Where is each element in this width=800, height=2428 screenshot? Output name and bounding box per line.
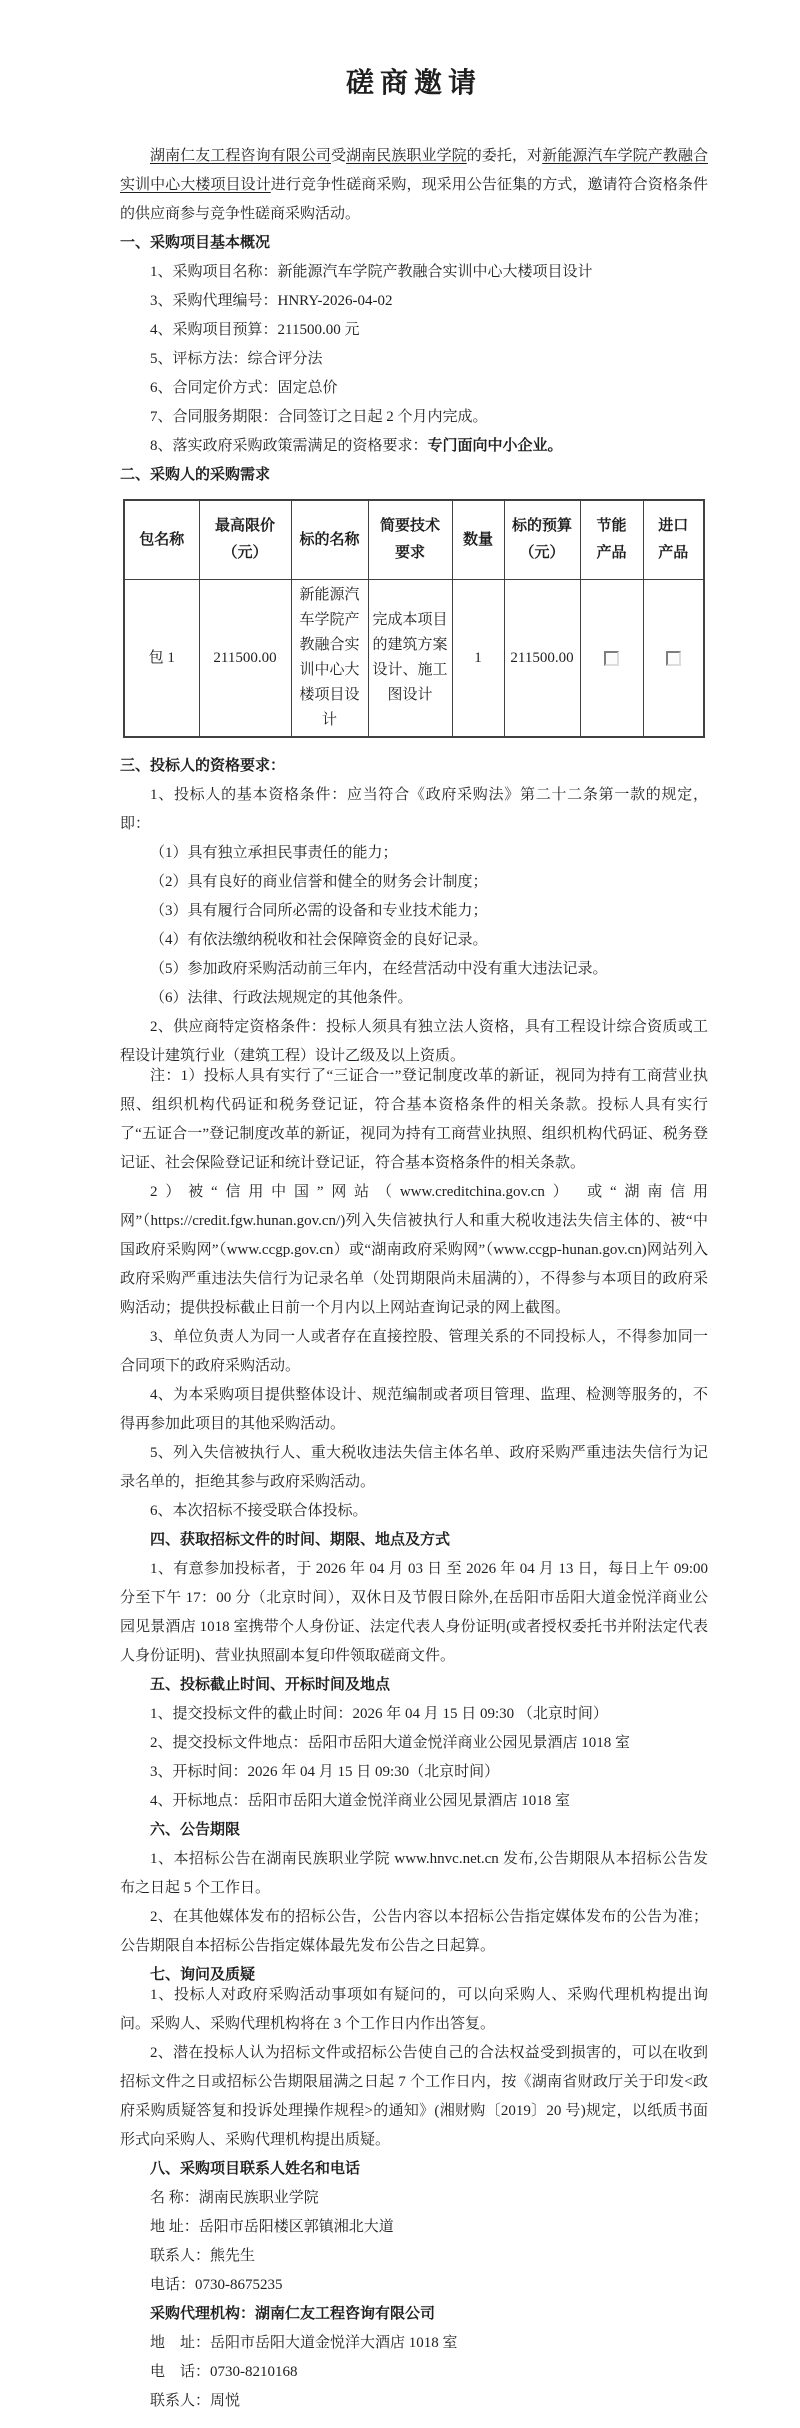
cell-tech-req: 完成本项目的建筑方案设计、施工图设计: [368, 580, 452, 738]
project-name-line: 1、采购项目名称：新能源汽车学院产教融合实训中心大楼项目设计: [120, 258, 708, 287]
column-header-max-price: 最高限价（元）: [199, 500, 291, 580]
announcement-publish-line: 1、本招标公告在湖南民族职业学院 www.hnvc.net.cn 发布,公告期限…: [120, 1845, 708, 1903]
energy-saving-checkbox[interactable]: [604, 651, 619, 666]
agency-label-line: 采购代理机构：湖南仁友工程咨询有限公司: [120, 2300, 708, 2329]
no-consortium-line: 6、本次招标不接受联合体投标。: [120, 1497, 708, 1526]
policy-requirement-line: 8、落实政府采购政策需满足的资格要求：专门面向中小企业。: [120, 432, 708, 461]
intro-paragraph: 湖南仁友工程咨询有限公司受湖南民族职业学院的委托，对新能源汽车学院产教融合实训中…: [120, 142, 708, 229]
agency-address-line: 地 址：岳阳市岳阳大道金悦洋大酒店 1018 室: [120, 2329, 708, 2358]
cell-package: 包 1: [124, 580, 199, 738]
budget-line: 4、采购项目预算：211500.00 元: [120, 316, 708, 345]
intro-text: 的委托，对: [467, 148, 542, 164]
section-3-heading: 三、投标人的资格要求：: [120, 752, 708, 781]
sub-item-1: （1）具有独立承担民事责任的能力；: [120, 839, 708, 868]
announcement-media-line: 2、在其他媒体发布的招标公告，公告内容以本招标公告指定媒体发布的公告为准；公告期…: [120, 1903, 708, 1961]
policy-requirement-prefix: 8、落实政府采购政策需满足的资格要求：: [150, 438, 428, 454]
dishonesty-list-rule-line: 5、列入失信被执行人、重大税收违法失信主体名单、政府采购严重违法失信行为记录名单…: [120, 1439, 708, 1497]
sub-item-6: （6）法律、行政法规规定的其他条件。: [120, 984, 708, 1013]
challenge-line: 2、潜在投标人认为招标文件或招标公告使自己的合法权益受到损害的，可以在收到招标文…: [120, 2039, 708, 2155]
column-header-qty: 数量: [452, 500, 504, 580]
sme-only-bold: 专门面向中小企业。: [428, 438, 563, 454]
sub-item-4: （4）有依法缴纳税收和社会保障资金的良好记录。: [120, 926, 708, 955]
table-row: 包 1 211500.00 新能源汽车学院产教融合实训中心大楼项目设计 完成本项…: [124, 580, 704, 738]
document-title: 磋商邀请: [120, 64, 708, 104]
note-1-paragraph: 注：1）投标人具有实行了“三证合一”登记制度改革的新证，视同为持有工商营业执照、…: [120, 1062, 708, 1178]
section-8-heading: 八、采购项目联系人姓名和电话: [120, 2155, 708, 2184]
column-header-budget: 标的预算（元）: [504, 500, 580, 580]
agency-code-line: 3、采购代理编号：HNRY-2026-04-02: [120, 287, 708, 316]
design-service-rule-line: 4、为本采购项目提供整体设计、规范编制或者项目管理、监理、检测等服务的，不得再参…: [120, 1381, 708, 1439]
bid-open-time-line: 3、开标时间：2026 年 04 月 15 日 09:30（北京时间）: [120, 1758, 708, 1787]
bid-submit-place-line: 2、提交投标文件地点：岳阳市岳阳大道金悦洋商业公园见景酒店 1018 室: [120, 1729, 708, 1758]
column-header-energy-saving: 节能产品: [580, 500, 643, 580]
agency-phone-line: 电 话：0730-8210168: [120, 2358, 708, 2387]
purchaser-name-underlined: 湖南民族职业学院: [346, 148, 467, 164]
section-4-heading: 四、获取招标文件的时间、期限、地点及方式: [120, 1526, 708, 1555]
document-page: 磋商邀请 湖南仁友工程咨询有限公司受湖南民族职业学院的委托，对新能源汽车学院产教…: [0, 0, 800, 2428]
bid-open-place-line: 4、开标地点：岳阳市岳阳大道金悦洋商业公园见景酒店 1018 室: [120, 1787, 708, 1816]
cell-energy-saving: [580, 580, 643, 738]
section-2-heading: 二、采购人的采购需求: [120, 461, 708, 490]
column-header-tech-req: 简要技术要求: [368, 500, 452, 580]
sub-item-2: （2）具有良好的商业信誉和健全的财务会计制度；: [120, 868, 708, 897]
section-6-heading: 六、公告期限: [120, 1816, 708, 1845]
table-header-row: 包名称 最高限价（元） 标的名称 简要技术要求 数量 标的预算（元） 节能产品 …: [124, 500, 704, 580]
contact-section: 八、采购项目联系人姓名和电话 名 称：湖南民族职业学院 地 址：岳阳市岳阳楼区郭…: [120, 2155, 708, 2416]
purchaser-phone-line: 电话：0730-8675235: [120, 2271, 708, 2300]
column-header-package: 包名称: [124, 500, 199, 580]
same-leader-rule-line: 3、单位负责人为同一人或者存在直接控股、管理关系的不同投标人，不得参加同一合同项…: [120, 1323, 708, 1381]
service-period-line: 7、合同服务期限：合同签订之日起 2 个月内完成。: [120, 403, 708, 432]
document-obtain-line: 1、有意参加投标者，于 2026 年 04 月 03 日 至 2026 年 04…: [120, 1555, 708, 1671]
pricing-method-line: 6、合同定价方式：固定总价: [120, 374, 708, 403]
intro-text: 受: [331, 148, 346, 164]
purchaser-contact-line: 联系人：熊先生: [120, 2242, 708, 2271]
import-product-checkbox[interactable]: [666, 651, 681, 666]
cell-import-product: [643, 580, 704, 738]
note-2-paragraph: 2）被“信用中国”网站（www.creditchina.gov.cn） 或“湖南…: [120, 1178, 708, 1323]
cell-qty: 1: [452, 580, 504, 738]
sub-item-3: （3）具有履行合同所必需的设备和专业技术能力；: [120, 897, 708, 926]
section-1-heading: 一、采购项目基本概况: [120, 229, 708, 258]
sub-item-5: （5）参加政府采购活动前三年内，在经营活动中没有重大违法记录。: [120, 955, 708, 984]
bid-deadline-line: 1、提交投标文件的截止时间：2026 年 04 月 15 日 09:30 （北京…: [120, 1700, 708, 1729]
procurement-requirement-table: 包名称 最高限价（元） 标的名称 简要技术要求 数量 标的预算（元） 节能产品 …: [123, 499, 705, 738]
cell-subject-name: 新能源汽车学院产教融合实训中心大楼项目设计: [291, 580, 368, 738]
purchaser-address-line: 地 址：岳阳市岳阳楼区郭镇湘北大道: [120, 2213, 708, 2242]
purchaser-name-line: 名 称：湖南民族职业学院: [120, 2184, 708, 2213]
agency-name-underlined: 湖南仁友工程咨询有限公司: [150, 148, 331, 164]
column-header-import: 进口产品: [643, 500, 704, 580]
section-5-heading: 五、投标截止时间、开标时间及地点: [120, 1671, 708, 1700]
basic-qualification-line: 1、投标人的基本资格条件：应当符合《政府采购法》第二十二条第一款的规定，即：: [120, 781, 708, 839]
column-header-subject-name: 标的名称: [291, 500, 368, 580]
inquiry-line: 1、投标人对政府采购活动事项如有疑问的，可以向采购人、采购代理机构提出询问。采购…: [120, 1981, 708, 2039]
cell-budget: 211500.00: [504, 580, 580, 738]
evaluation-method-line: 5、评标方法：综合评分法: [120, 345, 708, 374]
agency-contact-line: 联系人：周悦: [120, 2387, 708, 2416]
cell-max-price: 211500.00: [199, 580, 291, 738]
